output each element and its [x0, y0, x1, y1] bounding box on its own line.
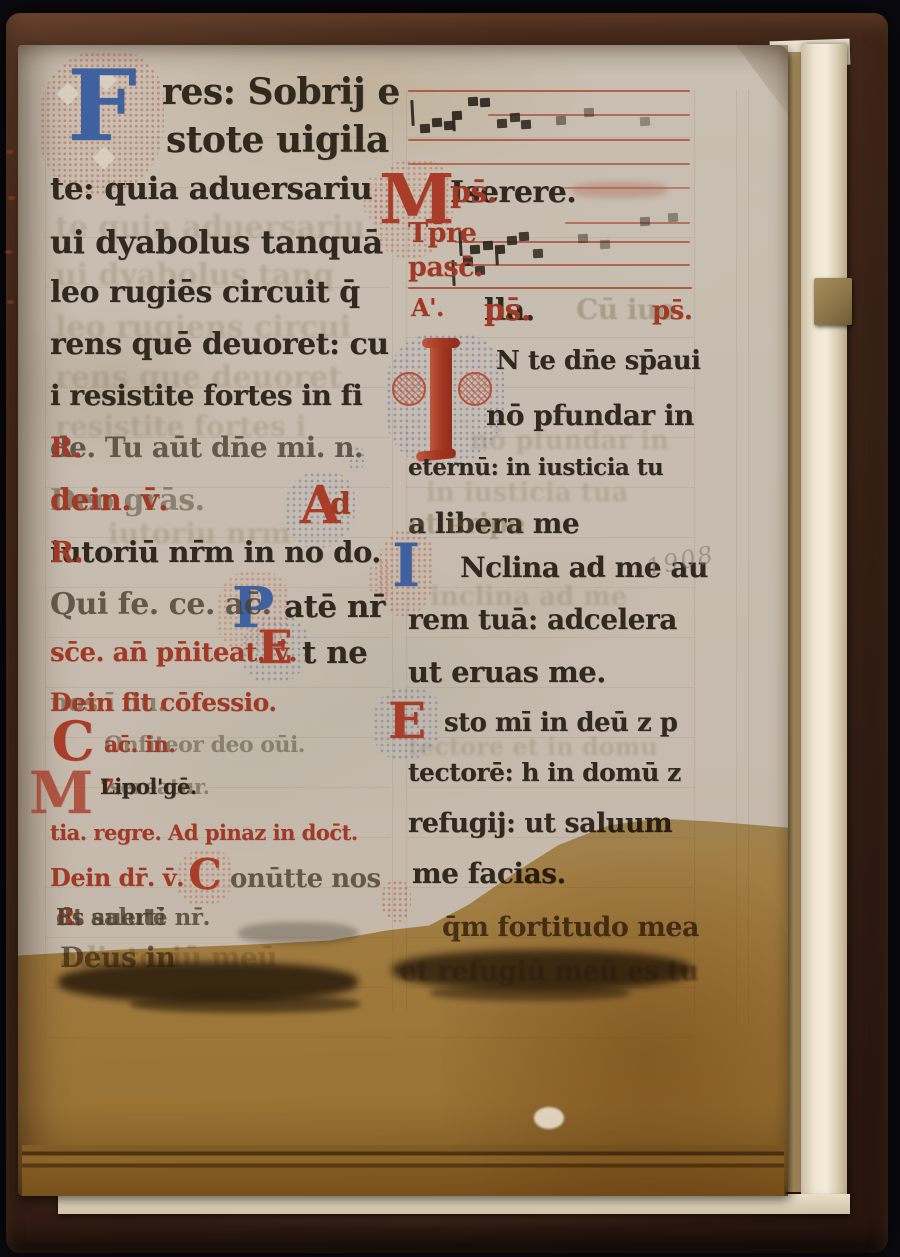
initial-letter-E: E	[381, 696, 433, 752]
text-segment: eternū: in iusticia tu	[408, 456, 663, 479]
gilt-fore-edge	[786, 52, 801, 1192]
bleed-through-text: in iusticia tua	[426, 480, 629, 506]
initial-letter-I: I	[384, 536, 428, 610]
text-segment: Et auerti	[56, 906, 165, 929]
bottom-endpaper	[58, 1194, 850, 1214]
text-segment: i resistite fortes in fi	[50, 382, 362, 410]
text-segment: ps̄.	[450, 178, 497, 208]
neume	[480, 98, 490, 108]
ruling-line	[406, 787, 694, 788]
text-segment: tectorē: h in domū z	[408, 760, 681, 785]
neume	[533, 249, 543, 259]
text-segment: A'.	[411, 296, 444, 320]
neume	[432, 118, 442, 128]
text-segment: d	[330, 490, 350, 520]
text-segment: ac̄. in.	[104, 734, 175, 756]
text-segment: iutoriū nr̄m in no do.	[50, 538, 381, 567]
neume	[507, 236, 517, 246]
neume	[556, 116, 566, 126]
text-segment: tia. regre. Ad pinaz in doc̄t.	[50, 822, 358, 843]
facing-page-bleed-mark	[5, 250, 12, 254]
pen-flourish-red	[381, 880, 411, 922]
photograph-of-manuscript: te quia aduersariuui dyabolus tanqleo ru…	[0, 0, 900, 1257]
text-segment: ps̄.	[652, 298, 692, 324]
neume	[497, 119, 507, 129]
staff-line	[455, 264, 690, 266]
text-segment: Dein fit cōfessio.	[50, 690, 277, 715]
neume	[584, 108, 594, 118]
text-segment: pasc̄.	[408, 254, 483, 281]
text-segment: ui dyabolus tanquā	[50, 226, 383, 258]
neume	[640, 217, 650, 227]
text-segment: res: Sobrij e	[162, 74, 400, 110]
text-segment: onūtte nos	[230, 866, 381, 892]
neume	[468, 97, 478, 107]
leather-index-tab	[814, 278, 852, 325]
text-segment: Lipol'gē.	[100, 776, 197, 797]
neume	[483, 241, 493, 251]
initial-letter-F: F	[46, 58, 158, 188]
manuscript-page: te quia aduersariuui dyabolus tanqleo ru…	[18, 45, 788, 1196]
staff-line	[408, 90, 690, 92]
facing-page-bleed-mark	[7, 300, 14, 304]
filigree-roundel-left	[392, 372, 426, 406]
neume	[420, 124, 430, 134]
initial-I-serif-top	[422, 338, 460, 348]
text-segment: N te dn̄e sp̄aui	[496, 348, 701, 374]
bleed-through-text: tectore et in domu	[408, 735, 658, 759]
facing-page-bleed-mark	[6, 150, 13, 154]
ruling-line	[406, 637, 694, 638]
ruling-line	[406, 137, 694, 138]
text-segment: t ne	[302, 638, 367, 669]
text-segment: dein. v̄.	[50, 486, 168, 516]
text-segment: Tp̄re	[408, 220, 476, 247]
text-segment: et eripe	[408, 510, 525, 538]
text-segment: ut eruas me.	[408, 658, 606, 687]
text-segment: leo rugiēs circuit q̄	[50, 278, 360, 308]
text-segment: de. Tu aūt dn̄e mi. n.	[50, 434, 363, 462]
facing-page-bleed-mark	[8, 196, 15, 200]
ruling-line-vertical	[45, 90, 46, 1010]
text-segment: Dein dr̄. v̄.	[50, 866, 184, 890]
text-segment: Qui fe. ce. ac̄.	[50, 590, 272, 620]
text-segment: ps̄.	[484, 296, 531, 326]
staff-line	[565, 222, 690, 224]
text-segment: sc̄e. an̄ pn̄iteat. v̄.	[50, 640, 297, 666]
text-segment: R.	[50, 538, 83, 567]
neume	[510, 113, 520, 123]
initial-letter-C: C	[181, 854, 229, 902]
water-stain-bottom	[18, 1104, 788, 1196]
rubric-smear	[572, 182, 667, 198]
text-segment: R.	[50, 434, 82, 462]
neume	[578, 234, 588, 244]
initial-I-stem	[430, 342, 452, 454]
text-segment: rens quē deuoret: cu	[50, 330, 389, 360]
text-segment: rem tuā: adcelera	[408, 606, 677, 634]
staff-line	[408, 139, 690, 141]
text-segment: sto mī in deū z p	[444, 710, 678, 736]
text-segment: stote uigila	[166, 122, 389, 158]
neume	[640, 117, 650, 127]
neume	[519, 232, 529, 242]
neume	[668, 213, 678, 223]
neume	[495, 245, 505, 255]
neume	[521, 120, 531, 130]
staff-line	[408, 287, 692, 289]
neume	[452, 111, 462, 121]
text-segment: atē nr̄	[284, 592, 385, 623]
neume	[410, 100, 414, 126]
text-segment: nō pfundar in	[486, 402, 694, 430]
text-segment: te: quia aduersariu	[50, 174, 372, 205]
parchment-chip	[534, 1107, 564, 1129]
neume	[600, 240, 610, 250]
page-stack-fore-edge	[801, 44, 847, 1210]
